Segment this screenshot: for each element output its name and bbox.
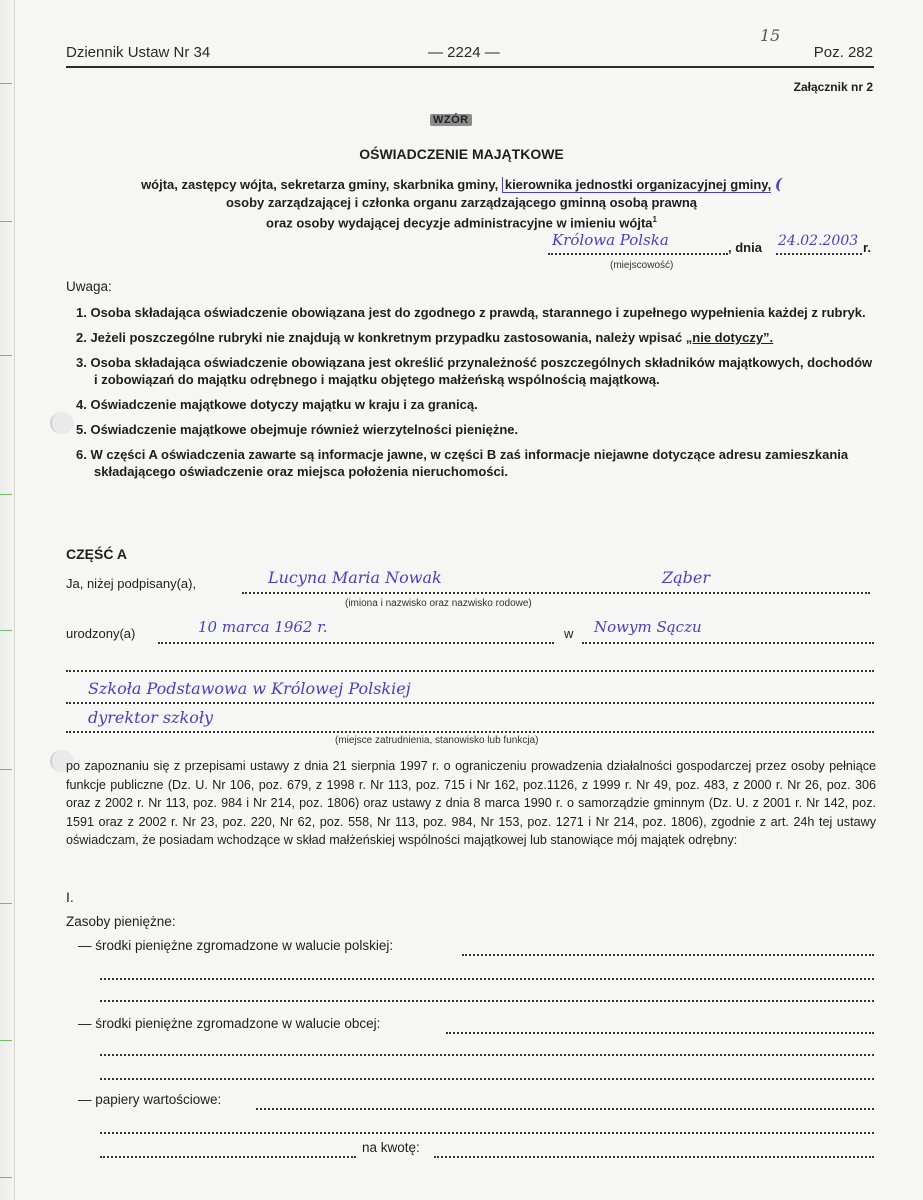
edge-tick: [0, 494, 12, 495]
position-field[interactable]: dyrektor szkoły: [66, 710, 874, 732]
edge-tick: [0, 769, 12, 770]
name-row: Ja, niżej podpisany(a), Lucyna Maria Now…: [66, 576, 874, 598]
foreign-funds-line-2[interactable]: [100, 1054, 874, 1056]
footnote-marker: 1: [653, 215, 657, 224]
note-2-text: 2. Jeżeli poszczególne rubryki nie znajd…: [76, 330, 682, 345]
pln-funds-line-2[interactable]: [100, 978, 874, 980]
place-value: Królowa Polska: [552, 231, 669, 249]
handwritten-mark: 15: [760, 26, 780, 45]
place-caption: (miejscowość): [610, 260, 673, 271]
handwritten-bracket: (: [775, 175, 782, 193]
name-dotted-line: [242, 592, 870, 594]
employer-field[interactable]: Szkoła Podstawowa w Królowej Polskiej: [66, 683, 874, 705]
note-2-underlined: „nie dotyczy”.: [686, 330, 773, 345]
date-label: , dnia: [728, 240, 762, 255]
subtitle-line-1: wójta, zastępcy wójta, sekretarza gminy,…: [0, 176, 923, 193]
securities-line-2[interactable]: [100, 1132, 874, 1134]
position-value: dyrektor szkoły: [88, 708, 213, 727]
note-item: 2. Jeżeli poszczególne rubryki nie znajd…: [76, 329, 876, 346]
edge-tick: [0, 903, 12, 904]
date-field[interactable]: 24.02.2003: [776, 235, 862, 255]
employer-dotted-line: [66, 702, 874, 704]
notes-heading: Uwaga:: [66, 279, 112, 294]
amount-label: na kwotę:: [362, 1140, 420, 1155]
date-dotted-line: [776, 253, 862, 255]
edge-tick: [0, 630, 12, 631]
subtitle-line-3: oraz osoby wydającej decyzje administrac…: [0, 211, 923, 231]
note-item: 1. Osoba składająca oświadczenie obowiąz…: [76, 304, 876, 321]
birth-date-dotted-line: [158, 642, 554, 644]
securities-field[interactable]: [256, 1108, 874, 1110]
section-1-heading: Zasoby pieniężne:: [66, 914, 176, 929]
name-field[interactable]: Lucyna Maria Nowak Ząber: [242, 576, 870, 596]
place-field[interactable]: Królowa Polska: [548, 235, 728, 255]
birth-place-value: Nowym Sączu: [594, 618, 702, 636]
employment-caption: (miejsce zatrudnienia, stanowisko lub fu…: [335, 735, 538, 746]
note-item: 3. Osoba składająca oświadczenie obowiąz…: [76, 354, 876, 388]
pln-funds-label: — środki pieniężne zgromadzone w walucie…: [78, 938, 393, 953]
edge-tick: [0, 1177, 12, 1178]
annex-label: Załącznik nr 2: [794, 80, 873, 94]
note-item: 6. W części A oświadczenia zawarte są in…: [76, 446, 876, 480]
birth-date-field[interactable]: 10 marca 1962 r.: [158, 626, 554, 646]
securities-line-3[interactable]: [100, 1156, 356, 1158]
subtitle-marked-option: kierownika jednostki organizacyjnej gmin…: [502, 177, 771, 193]
note-item: 4. Oświadczenie majątkowe dotyczy majątk…: [76, 396, 876, 413]
subtitle-line-2: osoby zarządzającej i członka organu zar…: [0, 194, 923, 211]
edge-tick: [0, 355, 12, 356]
name-label: Ja, niżej podpisany(a),: [66, 576, 196, 591]
birth-date-value: 10 marca 1962 r.: [198, 618, 328, 636]
birth-place-dotted-line: [582, 642, 874, 644]
employment-line-1[interactable]: [66, 670, 874, 672]
born-place-label: w: [564, 626, 573, 641]
date-value: 24.02.2003: [778, 233, 858, 249]
punch-hole: [50, 412, 74, 434]
document-page: Dziennik Ustaw Nr 34 — 2224 — 15 Poz. 28…: [0, 0, 923, 1200]
document-title: OŚWIADCZENIE MAJĄTKOWE: [0, 146, 923, 162]
page-number: — 2224 —: [428, 44, 500, 61]
statement-paragraph: po zapoznaniu się z przepisami ustawy z …: [66, 757, 876, 850]
name-caption: (imiona i nazwisko oraz nazwisko rodowe): [345, 598, 532, 609]
position-number: Poz. 282: [814, 44, 873, 61]
subtitle-line-3-text: oraz osoby wydającej decyzje administrac…: [266, 215, 653, 230]
date-suffix: r.: [863, 240, 871, 255]
foreign-funds-label: — środki pieniężne zgromadzone w walucie…: [78, 1016, 380, 1031]
maiden-name-value: Ząber: [662, 568, 710, 587]
foreign-funds-line-3[interactable]: [100, 1078, 874, 1080]
journal-title: Dziennik Ustaw Nr 34: [66, 44, 210, 61]
edge-tick: [0, 83, 12, 84]
part-a-heading: CZĘŚĆ A: [66, 546, 127, 562]
notes-list: 1. Osoba składająca oświadczenie obowiąz…: [76, 296, 876, 480]
subtitle-officials: wójta, zastępcy wójta, sekretarza gminy,…: [141, 177, 498, 192]
pln-funds-line-3[interactable]: [100, 1000, 874, 1002]
securities-label: — papiery wartościowe:: [78, 1092, 221, 1107]
birth-row: urodzony(a) 10 marca 1962 r. w Nowym Sąc…: [66, 626, 874, 648]
template-stamp: WZÓR: [430, 114, 472, 126]
header-rule: [66, 66, 874, 68]
pln-funds-field[interactable]: [462, 954, 874, 956]
birth-place-field[interactable]: Nowym Sączu: [582, 626, 874, 646]
born-label: urodzony(a): [66, 626, 135, 641]
name-value: Lucyna Maria Nowak: [268, 568, 442, 587]
note-item: 5. Oświadczenie majątkowe obejmuje równi…: [76, 421, 876, 438]
employer-value: Szkoła Podstawowa w Królowej Polskiej: [88, 679, 411, 698]
section-1-number: I.: [66, 889, 74, 905]
position-dotted-line: [66, 731, 874, 733]
edge-tick: [0, 1040, 12, 1041]
amount-field[interactable]: [434, 1156, 874, 1158]
place-dotted-line: [548, 253, 728, 255]
foreign-funds-field[interactable]: [446, 1032, 874, 1034]
